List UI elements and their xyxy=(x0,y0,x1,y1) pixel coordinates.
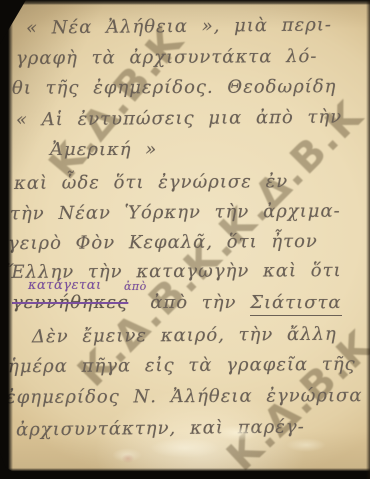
ink-correction-above-2: ἀπὸ xyxy=(124,280,147,293)
handwritten-line: Ἀμερική » xyxy=(50,139,157,160)
handwritten-word: ἀπὸ τὴν xyxy=(150,292,236,313)
handwritten-line: ἐφημερίδος Ν. Ἀλήθεια ἐγνώρισα τὴ xyxy=(6,385,370,408)
handwritten-line: Δὲν ἔμεινε καιρό, τὴν ἄλλη xyxy=(32,324,337,348)
handwritten-line: ἀρχισυντάκτην, καὶ παρέγ- xyxy=(16,416,305,440)
scan-edge-left xyxy=(0,0,13,479)
underlined-word: Σιάτιστα xyxy=(250,292,341,316)
scan-edge-top xyxy=(0,0,370,5)
handwritten-line: ἡμέρα πῆγα εἰς τὰ γραφεῖα τῆς xyxy=(8,354,356,377)
scan-edge-right xyxy=(366,0,370,479)
handwritten-line-with-correction: κατάγεται ἀπὸ γεννήθηκεςἀπὸ τὴν Σιάτιστα xyxy=(12,292,342,313)
handwritten-line: « Νέα Ἀλήθεια », μιὰ περι- xyxy=(26,14,332,38)
handwritten-line: « Αἱ ἐντυπώσεις μια ἀπὸ τὴν xyxy=(16,107,342,131)
scan-edge-bottom xyxy=(0,468,370,479)
handwritten-line: καὶ ὧδε ὅτι ἐγνώρισε ἐν xyxy=(14,171,288,194)
handwritten-line: γειρὸ Φὸν Κεφαλᾶ, ὅτι ἦτον xyxy=(8,231,318,254)
handwritten-line: τὴν Νέαν Ὑόρκην τὴν ἀρχιμα- xyxy=(10,201,341,225)
handwritten-line: γραφὴ τὰ ἀρχισυντάκτα λό- xyxy=(16,46,318,69)
struck-out-word: γεννήθηκες xyxy=(12,292,128,313)
scanned-manuscript-page: Κ.Δ.Β.Κ Κ.Δ.Β.Κ.Κ.Δ.Β.Κ Κ.Δ.Β.Κ « Νέα Ἀλ… xyxy=(0,0,370,479)
handwritten-line: θι τῆς ἐφημερίδος. Θεοδωρίδη xyxy=(12,76,337,99)
ink-correction-above: κατάγεται xyxy=(28,278,102,293)
